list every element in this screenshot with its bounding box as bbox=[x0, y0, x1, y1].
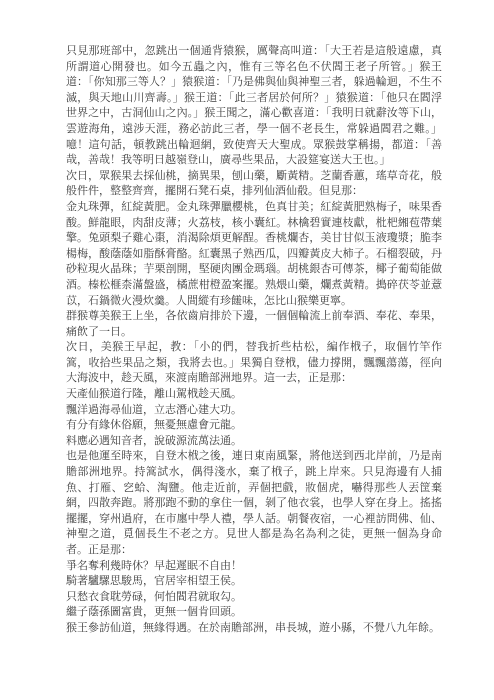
body-paragraph: 次日，美猴王早起，教：「小的們，替我折些枯松，編作栰子，取個竹竿作篙，收拾些果品… bbox=[66, 340, 442, 387]
poem-line: 天產仙猴道行隆，離山駕栰趁天風。 bbox=[66, 387, 442, 403]
poem-line: 只愁衣食耽勞碌，何怕閻君就取勾。 bbox=[66, 590, 442, 606]
body-paragraph: 也是他運至時來，自登木栰之後，連日東南風緊，將他送到西北岸前，乃是南贍部洲地界。… bbox=[66, 449, 442, 558]
poem-line: 有分有緣休俗願，無憂無慮會元龍。 bbox=[66, 418, 442, 434]
text-block: 只見那班部中，忽跳出一個通背猿猴，厲聲高叫道：「大王若是這般遠慮，真所謂道心開發… bbox=[66, 44, 442, 637]
poem-line: 料應必遇知音者，說破源流萬法通。 bbox=[66, 434, 442, 450]
poem-line: 繼子蔭孫圖富貴，更無一個肯回頭。 bbox=[66, 605, 442, 621]
poem-line: 爭名奪利幾時休？早起遲眠不自由！ bbox=[66, 559, 442, 575]
poem-line: 騎著驢騾思駿馬，官居宰相望王侯。 bbox=[66, 574, 442, 590]
body-paragraph: 猴王參訪仙道，無緣得遇。在於南贍部洲，串長城，遊小縣，不覺八九年餘。 bbox=[66, 621, 442, 637]
body-paragraph: 金丸珠彈，紅綻黃肥。金丸珠彈臘櫻桃，色真甘美；紅綻黃肥熟梅子，味果香酸。鮮龍眼，… bbox=[66, 200, 442, 309]
body-paragraph: 次日，眾猴果去採仙桃，摘異果，刨山藥，斸黃精。芝蘭香蕙，瑤草奇花，般般件件，整整… bbox=[66, 169, 442, 200]
body-paragraph: 只見那班部中，忽跳出一個通背猿猴，厲聲高叫道：「大王若是這般遠慮，真所謂道心開發… bbox=[66, 44, 442, 169]
body-paragraph: 群猴尊美猴王上坐，各依齒肩排於下邊，一個個輪流上前奉酒、奉花、奉果，痛飲了一日。 bbox=[66, 309, 442, 340]
poem-line: 飄洋過海尋仙道，立志潛心建大功。 bbox=[66, 403, 442, 419]
document-page: 只見那班部中，忽跳出一個通背猿猴，厲聲高叫道：「大王若是這般遠慮，真所謂道心開發… bbox=[0, 0, 494, 700]
